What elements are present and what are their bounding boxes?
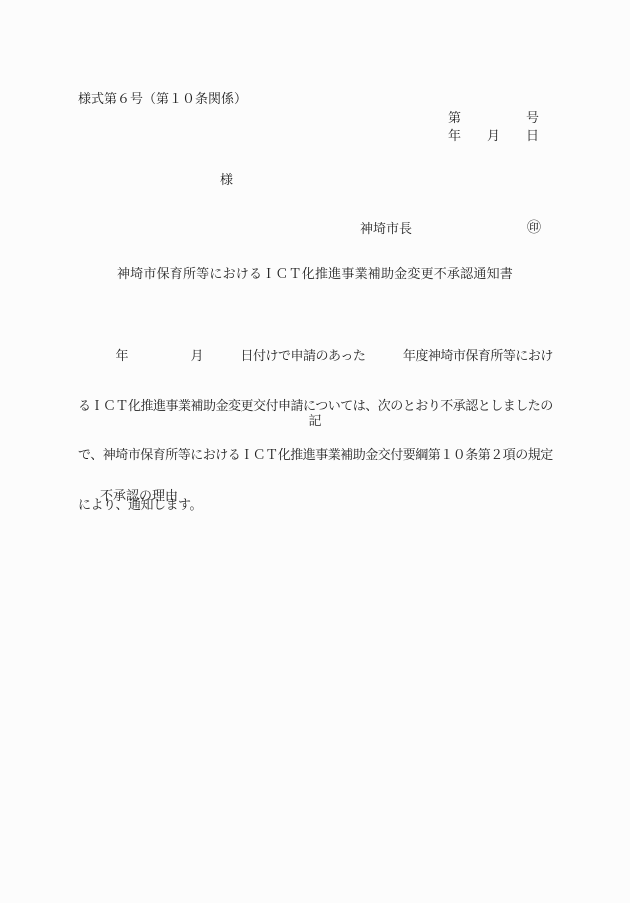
ki-heading: 記 xyxy=(0,414,630,430)
form-number: 様式第６号（第１０条関係） xyxy=(78,92,247,108)
reason-label: 不承認の理由 xyxy=(100,489,178,505)
body-line: で、神埼市保育所等におけるＩＣＴ化推進事業補助金交付要綱第１０条第２項の規定 xyxy=(78,447,558,465)
sender-name: 神埼市長 xyxy=(360,222,412,238)
addressee-honorific: 様 xyxy=(220,173,233,189)
body-paragraph: 年 月 日付けで申請のあった 年度神埼市保育所等におけ るＩＣＴ化推進事業補助金… xyxy=(78,316,558,546)
date-line: 年 月 日 xyxy=(448,129,539,145)
document-number-line: 第 号 xyxy=(448,111,539,127)
document-title: 神埼市保育所等におけるＩＣＴ化推進事業補助金変更不承認通知書 xyxy=(0,267,630,283)
body-line: るＩＣＴ化推進事業補助金変更交付申請については、次のとおり不承認としましたの xyxy=(78,398,558,416)
document-page: 様式第６号（第１０条関係） 第 号 年 月 日 様 神埼市長 ㊞ 神埼市保育所等… xyxy=(0,0,630,903)
body-line: 年 月 日付けで申請のあった 年度神埼市保育所等におけ xyxy=(78,348,558,366)
seal-mark-icon: ㊞ xyxy=(527,220,541,236)
